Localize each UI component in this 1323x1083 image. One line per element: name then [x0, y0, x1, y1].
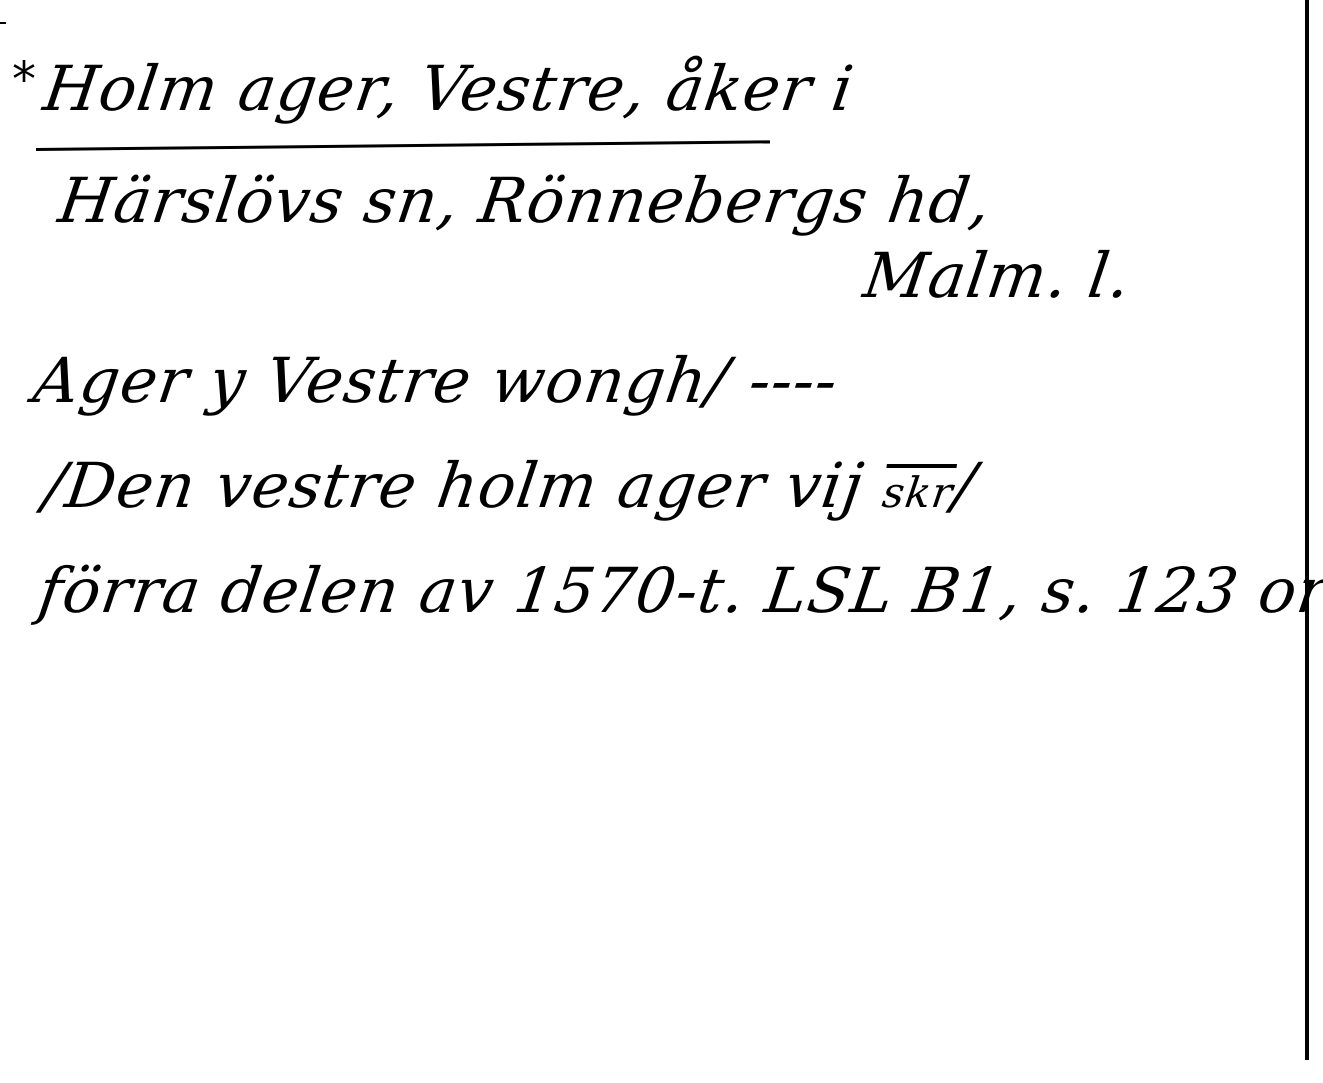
headword-suffix: , åker i	[620, 52, 858, 125]
quote-line: /Den vestre holm ager vij skr/	[40, 455, 980, 517]
index-card: * Holm ager, Vestre, åker i Härslövs sn,…	[0, 0, 1323, 1083]
quote-abbrev: skr	[879, 468, 956, 517]
card-edge-line	[1305, 0, 1309, 1060]
county-line: Malm. l.	[860, 245, 1135, 307]
form-line: Ager y Vestre wongh/ ----	[30, 350, 842, 412]
headword-line: Holm ager, Vestre, åker i	[40, 58, 858, 120]
headword-underline	[36, 140, 770, 151]
source-line: förra delen av 1570-t. LSL B1, s. 123 or…	[35, 560, 1323, 622]
scan-mark	[0, 22, 6, 24]
location-line: Härslövs sn, Rönnebergs hd,	[55, 170, 995, 232]
headword: Holm ager, Vestre	[39, 52, 630, 125]
asterisk-marker: *	[12, 52, 36, 108]
quote-text: /Den vestre holm ager vij	[39, 449, 889, 522]
quote-end: /	[949, 449, 981, 522]
